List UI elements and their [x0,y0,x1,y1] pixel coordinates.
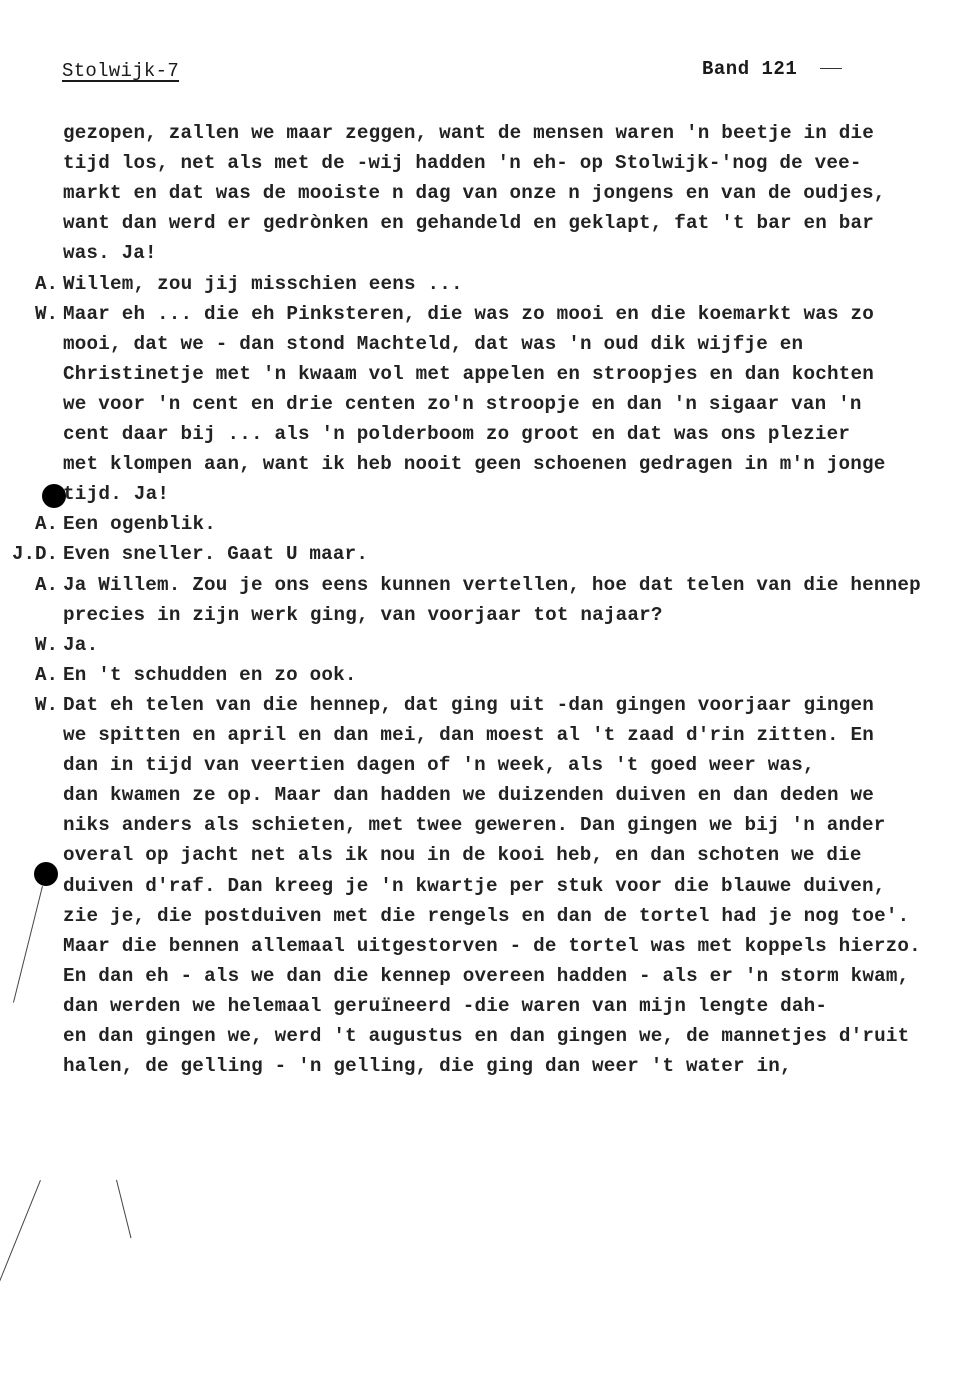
speaker-label: J.D. [0,539,58,569]
pencil-mark [0,1180,41,1282]
transcript-line: niks anders als schieten, met twee gewer… [63,810,886,840]
transcript-line: en dan gingen we, werd 't augustus en da… [63,1021,909,1051]
transcript-line: Willem, zou jij misschien eens ... [63,269,463,299]
pencil-mark [13,886,43,1003]
transcript-line: Maar die bennen allemaal uitgestorven - … [63,931,921,961]
transcript-line: tijd los, net als met de -wij hadden 'n … [63,148,862,178]
transcript-line: markt en dat was de mooiste n dag van on… [63,178,886,208]
speaker-label: W. [0,690,58,720]
transcript-line: cent daar bij ... als 'n polderboom zo g… [63,419,850,449]
band-number: Band 121 [702,58,797,80]
transcript-line: precies in zijn werk ging, van voorjaar … [63,600,663,630]
transcript-line: Ja. [63,630,98,660]
header-dash-mark [820,68,842,69]
transcript-line: overal op jacht net als ik nou in de koo… [63,840,862,870]
transcript-line: dan in tijd van veertien dagen of 'n wee… [63,750,815,780]
transcript-line: En dan eh - als we dan die kennep overee… [63,961,909,991]
speaker-label: A. [0,269,58,299]
transcript-line: gezopen, zallen we maar zeggen, want de … [63,118,874,148]
speaker-label: A. [0,509,58,539]
speaker-label: W. [0,630,58,660]
transcript-line: we voor 'n cent en drie centen zo'n stro… [63,389,862,419]
transcript-line: Christinetje met 'n kwaam vol met appele… [63,359,874,389]
transcript-line: we spitten en april en dan mei, dan moes… [63,720,874,750]
speaker-label: A. [0,660,58,690]
pencil-mark [116,1180,131,1238]
transcript-line: dan kwamen ze op. Maar dan hadden we dui… [63,780,874,810]
transcript-line: dan werden we helemaal geruïneerd -die w… [63,991,827,1021]
transcript-line: Even sneller. Gaat U maar. [63,539,368,569]
transcript-line: duiven d'raf. Dan kreeg je 'n kwartje pe… [63,871,886,901]
punch-hole-top [42,484,66,508]
speaker-label: A. [0,570,58,600]
document-id: Stolwijk-7 [62,60,179,82]
transcript-line: En 't schudden en zo ook. [63,660,357,690]
transcript-line: Een ogenblik. [63,509,216,539]
transcript-line: met klompen aan, want ik heb nooit geen … [63,449,886,479]
transcript-line: was. Ja! [63,238,157,268]
transcript-line: halen, de gelling - 'n gelling, die ging… [63,1051,792,1081]
transcript-line: mooi, dat we - dan stond Machteld, dat w… [63,329,803,359]
speaker-label: W. [0,299,58,329]
punch-hole-bottom [34,862,58,886]
transcript-line: zie je, die postduiven met die rengels e… [63,901,909,931]
transcript-line: Ja Willem. Zou je ons eens kunnen vertel… [63,570,921,600]
transcript-line: want dan werd er gedrònken en gehandeld … [63,208,874,238]
transcript-line: Maar eh ... die eh Pinksteren, die was z… [63,299,874,329]
transcript-line: tijd. Ja! [63,479,169,509]
transcript-line: Dat eh telen van die hennep, dat ging ui… [63,690,874,720]
